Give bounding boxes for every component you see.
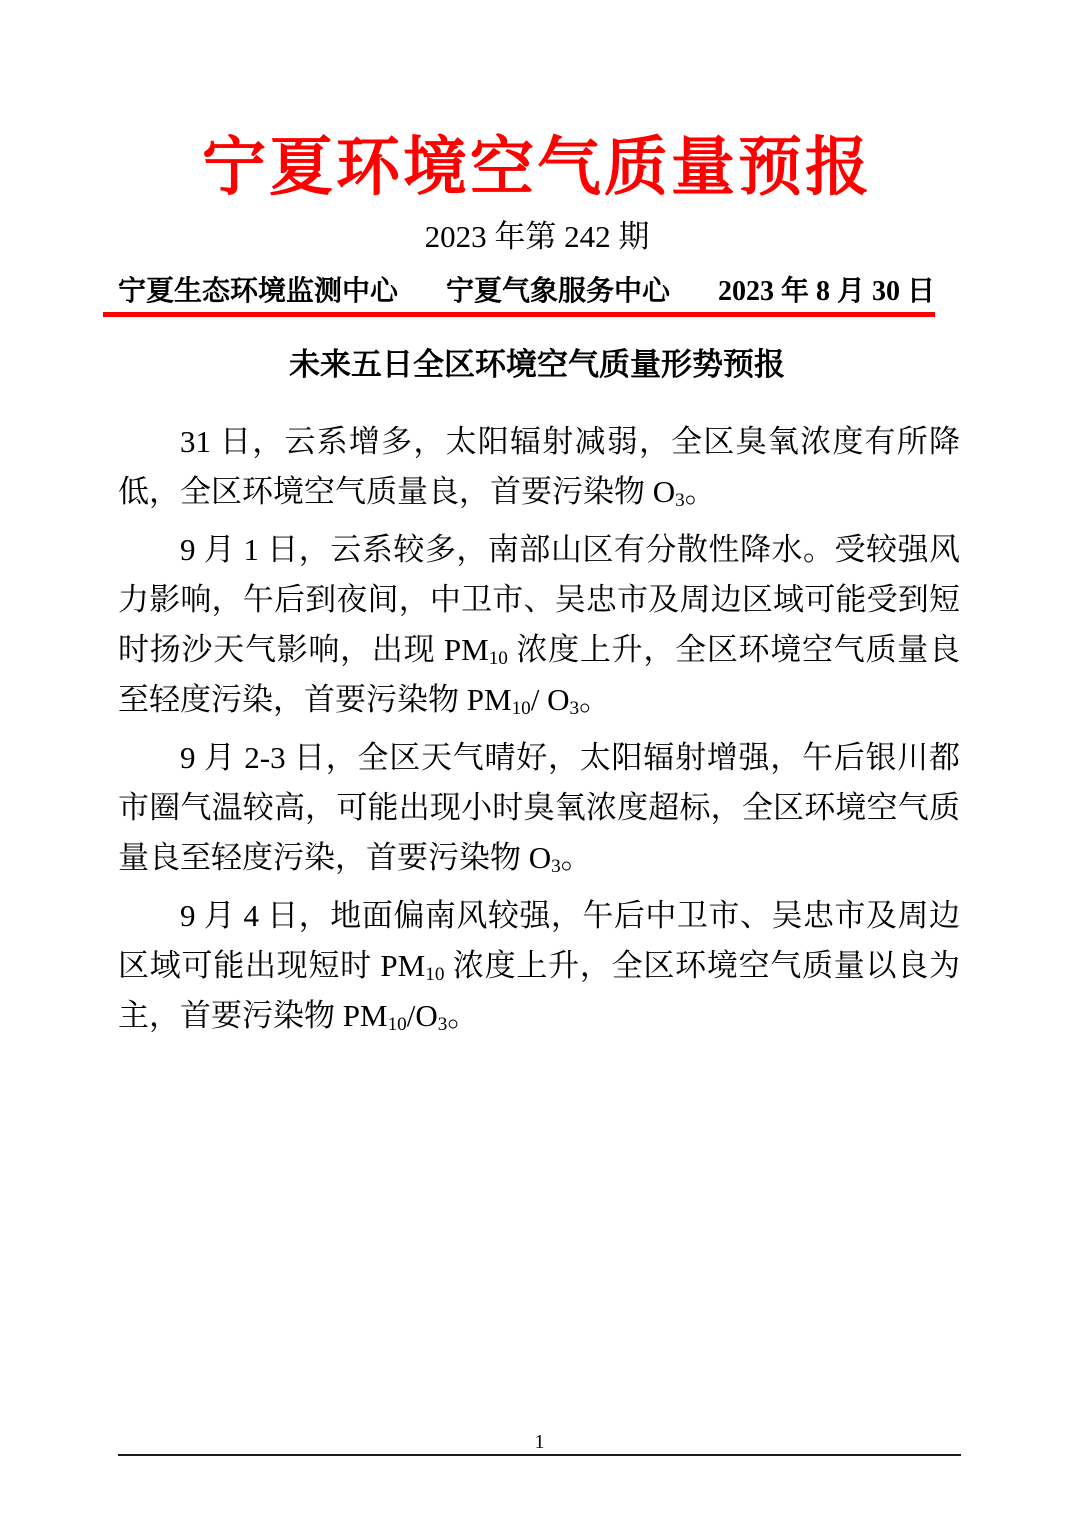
pollutant-subscript: 3 xyxy=(438,1014,448,1035)
page-footer: 1 xyxy=(118,1431,961,1456)
paragraph-text: 。 xyxy=(579,682,610,717)
document-title: 宁夏环境空气质量预报 xyxy=(0,131,1074,205)
body-paragraph: 31 日，云系增多，太阳辐射减弱，全区臭氧浓度有所降低，全区环境空气质量良，首要… xyxy=(118,417,960,517)
body-paragraph: 9 月 2-3 日，全区天气晴好，太阳辐射增强，午后银川都市圈气温较高，可能出现… xyxy=(118,733,960,883)
red-header-rule xyxy=(103,312,935,317)
body-paragraph: 9 月 4 日，地面偏南风较强，午后中卫市、吴忠市及周边区域可能出现短时 PM1… xyxy=(118,891,960,1041)
pollutant-subscript: 10 xyxy=(512,698,531,719)
pollutant-subscript: 3 xyxy=(551,856,561,877)
paragraph-text: /O xyxy=(407,998,438,1033)
pollutant-subscript: 3 xyxy=(570,698,580,719)
pollutant-subscript: 10 xyxy=(489,648,508,669)
publisher-weather-center: 宁夏气象服务中心 xyxy=(446,271,670,311)
document-page: 宁夏环境空气质量预报 2023 年第 242 期 宁夏生态环境监测中心 宁夏气象… xyxy=(0,0,1074,1520)
pollutant-subscript: 10 xyxy=(425,964,444,985)
paragraph-text: 9 月 2-3 日，全区天气晴好，太阳辐射增强，午后银川都市圈气温较高，可能出现… xyxy=(118,740,960,875)
paragraph-text: 。 xyxy=(447,998,478,1033)
issue-number: 2023 年第 242 期 xyxy=(0,215,1074,259)
paragraph-text: / O xyxy=(531,682,570,717)
paragraph-text: 。 xyxy=(685,474,716,509)
section-heading: 未来五日全区环境空气质量形势预报 xyxy=(0,343,1074,387)
issue-date: 2023 年 8 月 30 日 xyxy=(718,272,935,312)
pollutant-subscript: 10 xyxy=(388,1014,407,1035)
body-paragraph: 9 月 1 日，云系较多，南部山区有分散性降水。受较强风力影响，午后到夜间，中卫… xyxy=(118,525,960,725)
publisher-monitoring-center: 宁夏生态环境监测中心 xyxy=(118,271,398,311)
paragraph-text: 31 日，云系增多，太阳辐射减弱，全区臭氧浓度有所降低，全区环境空气质量良，首要… xyxy=(118,424,960,509)
publisher-row: 宁夏生态环境监测中心 宁夏气象服务中心 2023 年 8 月 30 日 xyxy=(118,271,935,312)
body-paragraphs: 31 日，云系增多，太阳辐射减弱，全区臭氧浓度有所降低，全区环境空气质量良，首要… xyxy=(118,417,960,1041)
page-number: 1 xyxy=(535,1431,545,1453)
paragraph-text: 。 xyxy=(561,840,592,875)
pollutant-subscript: 3 xyxy=(675,490,685,511)
